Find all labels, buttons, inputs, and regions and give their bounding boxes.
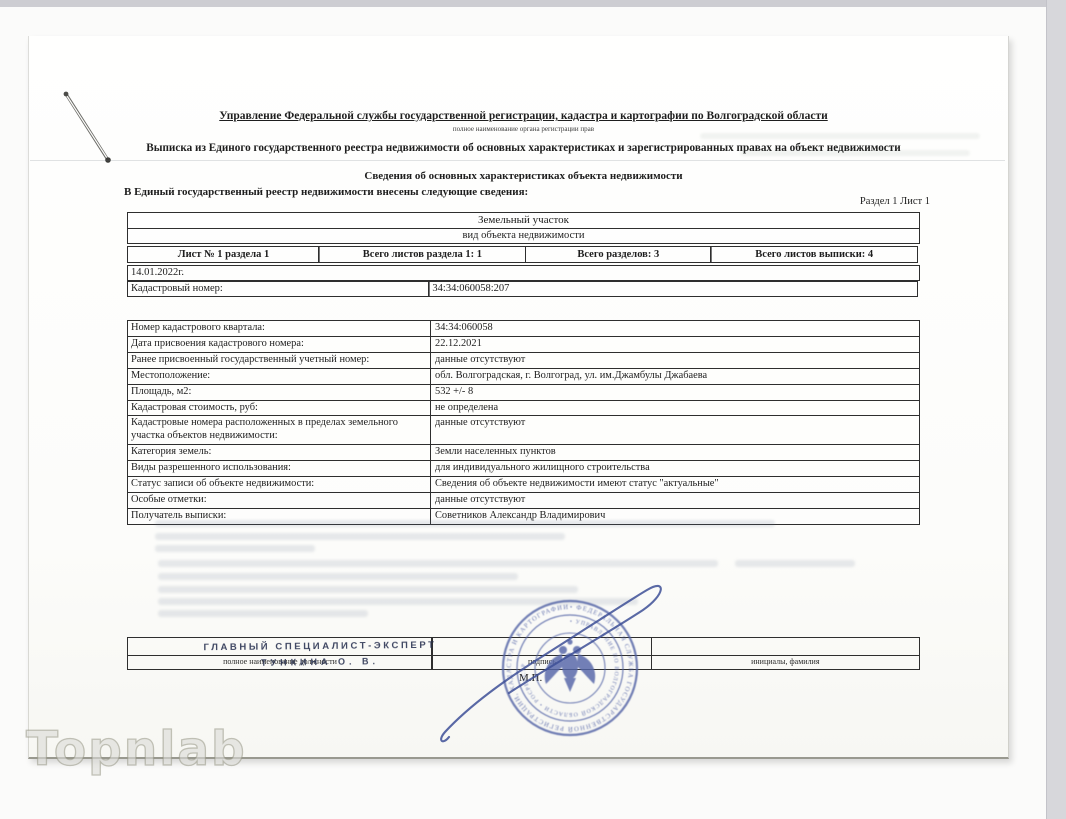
- sheet-count-row: Лист № 1 раздела 1 Всего листов раздела …: [127, 246, 920, 263]
- table-row: Категория земель:Земли населенных пункто…: [128, 445, 919, 461]
- cadastral-number-label: Кадастровый номер:: [127, 281, 430, 297]
- detail-value: обл. Волгоградская, г. Волгоград, ул. им…: [431, 369, 919, 384]
- detail-value: 532 +/- 8: [431, 385, 919, 400]
- table-row: Кадастровые номера расположенных в преде…: [128, 416, 919, 445]
- table-row: Кадастровая стоимость, руб:не определена: [128, 401, 919, 417]
- section-subtitle: Сведения об основных характеристиках объ…: [127, 170, 920, 182]
- detail-value: 34:34:060058: [431, 321, 919, 336]
- detail-label: Дата присвоения кадастрового номера:: [128, 337, 431, 352]
- bleed-through-text: [155, 520, 775, 527]
- cadastral-number-row: Кадастровый номер: 34:34:060058:207: [127, 281, 920, 297]
- table-row: Особые отметки:данные отсутствуют: [128, 493, 919, 509]
- bleed-through-text: [700, 133, 980, 139]
- sheet-cell: Всего листов выписки: 4: [710, 246, 918, 263]
- detail-label: Кадастровые номера расположенных в преде…: [128, 416, 431, 444]
- detail-label: Категория земель:: [128, 445, 431, 460]
- detail-label: Местоположение:: [128, 369, 431, 384]
- detail-value: 22.12.2021: [431, 337, 919, 352]
- table-row: Виды разрешенного использования:для инди…: [128, 461, 919, 477]
- sheet-cell: Всего разделов: 3: [525, 246, 712, 263]
- detail-value: данные отсутствуют: [431, 353, 919, 368]
- table-row: Статус записи об объекте недвижимости:Св…: [128, 477, 919, 493]
- table-row: Площадь, м2:532 +/- 8: [128, 385, 919, 401]
- detail-value: данные отсутствуют: [431, 493, 919, 508]
- bleed-through-text: [740, 150, 970, 156]
- faint-scan-rule: [30, 160, 1005, 161]
- scanned-document-photo: Управление Федеральной службы государств…: [0, 0, 1066, 819]
- detail-value: не определена: [431, 401, 919, 416]
- detail-value: для индивидуального жилищного строительс…: [431, 461, 919, 476]
- table-row: Ранее присвоенный государственный учетны…: [128, 353, 919, 369]
- table-row: Местоположение:обл. Волгоградская, г. Во…: [128, 369, 919, 385]
- object-type-caption: вид объекта недвижимости: [128, 229, 919, 243]
- sheet-cell: Лист № 1 раздела 1: [127, 246, 320, 263]
- detail-label: Ранее присвоенный государственный учетны…: [128, 353, 431, 368]
- photo-edge-top: [0, 0, 1066, 7]
- detail-label: Виды разрешенного использования:: [128, 461, 431, 476]
- handwritten-signature: [425, 565, 695, 755]
- bleed-through-text: [735, 560, 855, 567]
- cadastral-number-value: 34:34:060058:207: [428, 281, 918, 297]
- object-type-table: Земельный участок вид объекта недвижимос…: [127, 212, 920, 244]
- photo-edge-right: [1046, 0, 1066, 819]
- table-row: Номер кадастрового квартала:34:34:060058: [128, 321, 919, 337]
- detail-value: Сведения об объекте недвижимости имеют с…: [431, 477, 919, 492]
- registration-authority-name: Управление Федеральной службы государств…: [127, 110, 920, 122]
- detail-value: данные отсутствуют: [431, 416, 919, 444]
- bleed-through-text: [155, 545, 315, 552]
- table-row: Дата присвоения кадастрового номера:22.1…: [128, 337, 919, 353]
- bleed-through-text: [158, 610, 368, 617]
- detail-label: Особые отметки:: [128, 493, 431, 508]
- extract-date-row: 14.01.2022г.: [127, 265, 920, 281]
- details-table: Номер кадастрового квартала:34:34:060058…: [127, 320, 920, 525]
- detail-label: Кадастровая стоимость, руб:: [128, 401, 431, 416]
- detail-value: Земли населенных пунктов: [431, 445, 919, 460]
- detail-label: Площадь, м2:: [128, 385, 431, 400]
- section-page-label: Раздел 1 Лист 1: [520, 196, 930, 207]
- object-type: Земельный участок: [128, 213, 919, 229]
- detail-label: Статус записи об объекте недвижимости:: [128, 477, 431, 492]
- authority-caption: полное наименование органа регистрации п…: [127, 125, 920, 133]
- staple-mark: [52, 82, 122, 172]
- sheet-cell: Всего листов раздела 1: 1: [318, 246, 526, 263]
- watermark-logo: Topnlab: [26, 722, 247, 777]
- detail-label: Номер кадастрового квартала:: [128, 321, 431, 336]
- bleed-through-text: [155, 533, 565, 540]
